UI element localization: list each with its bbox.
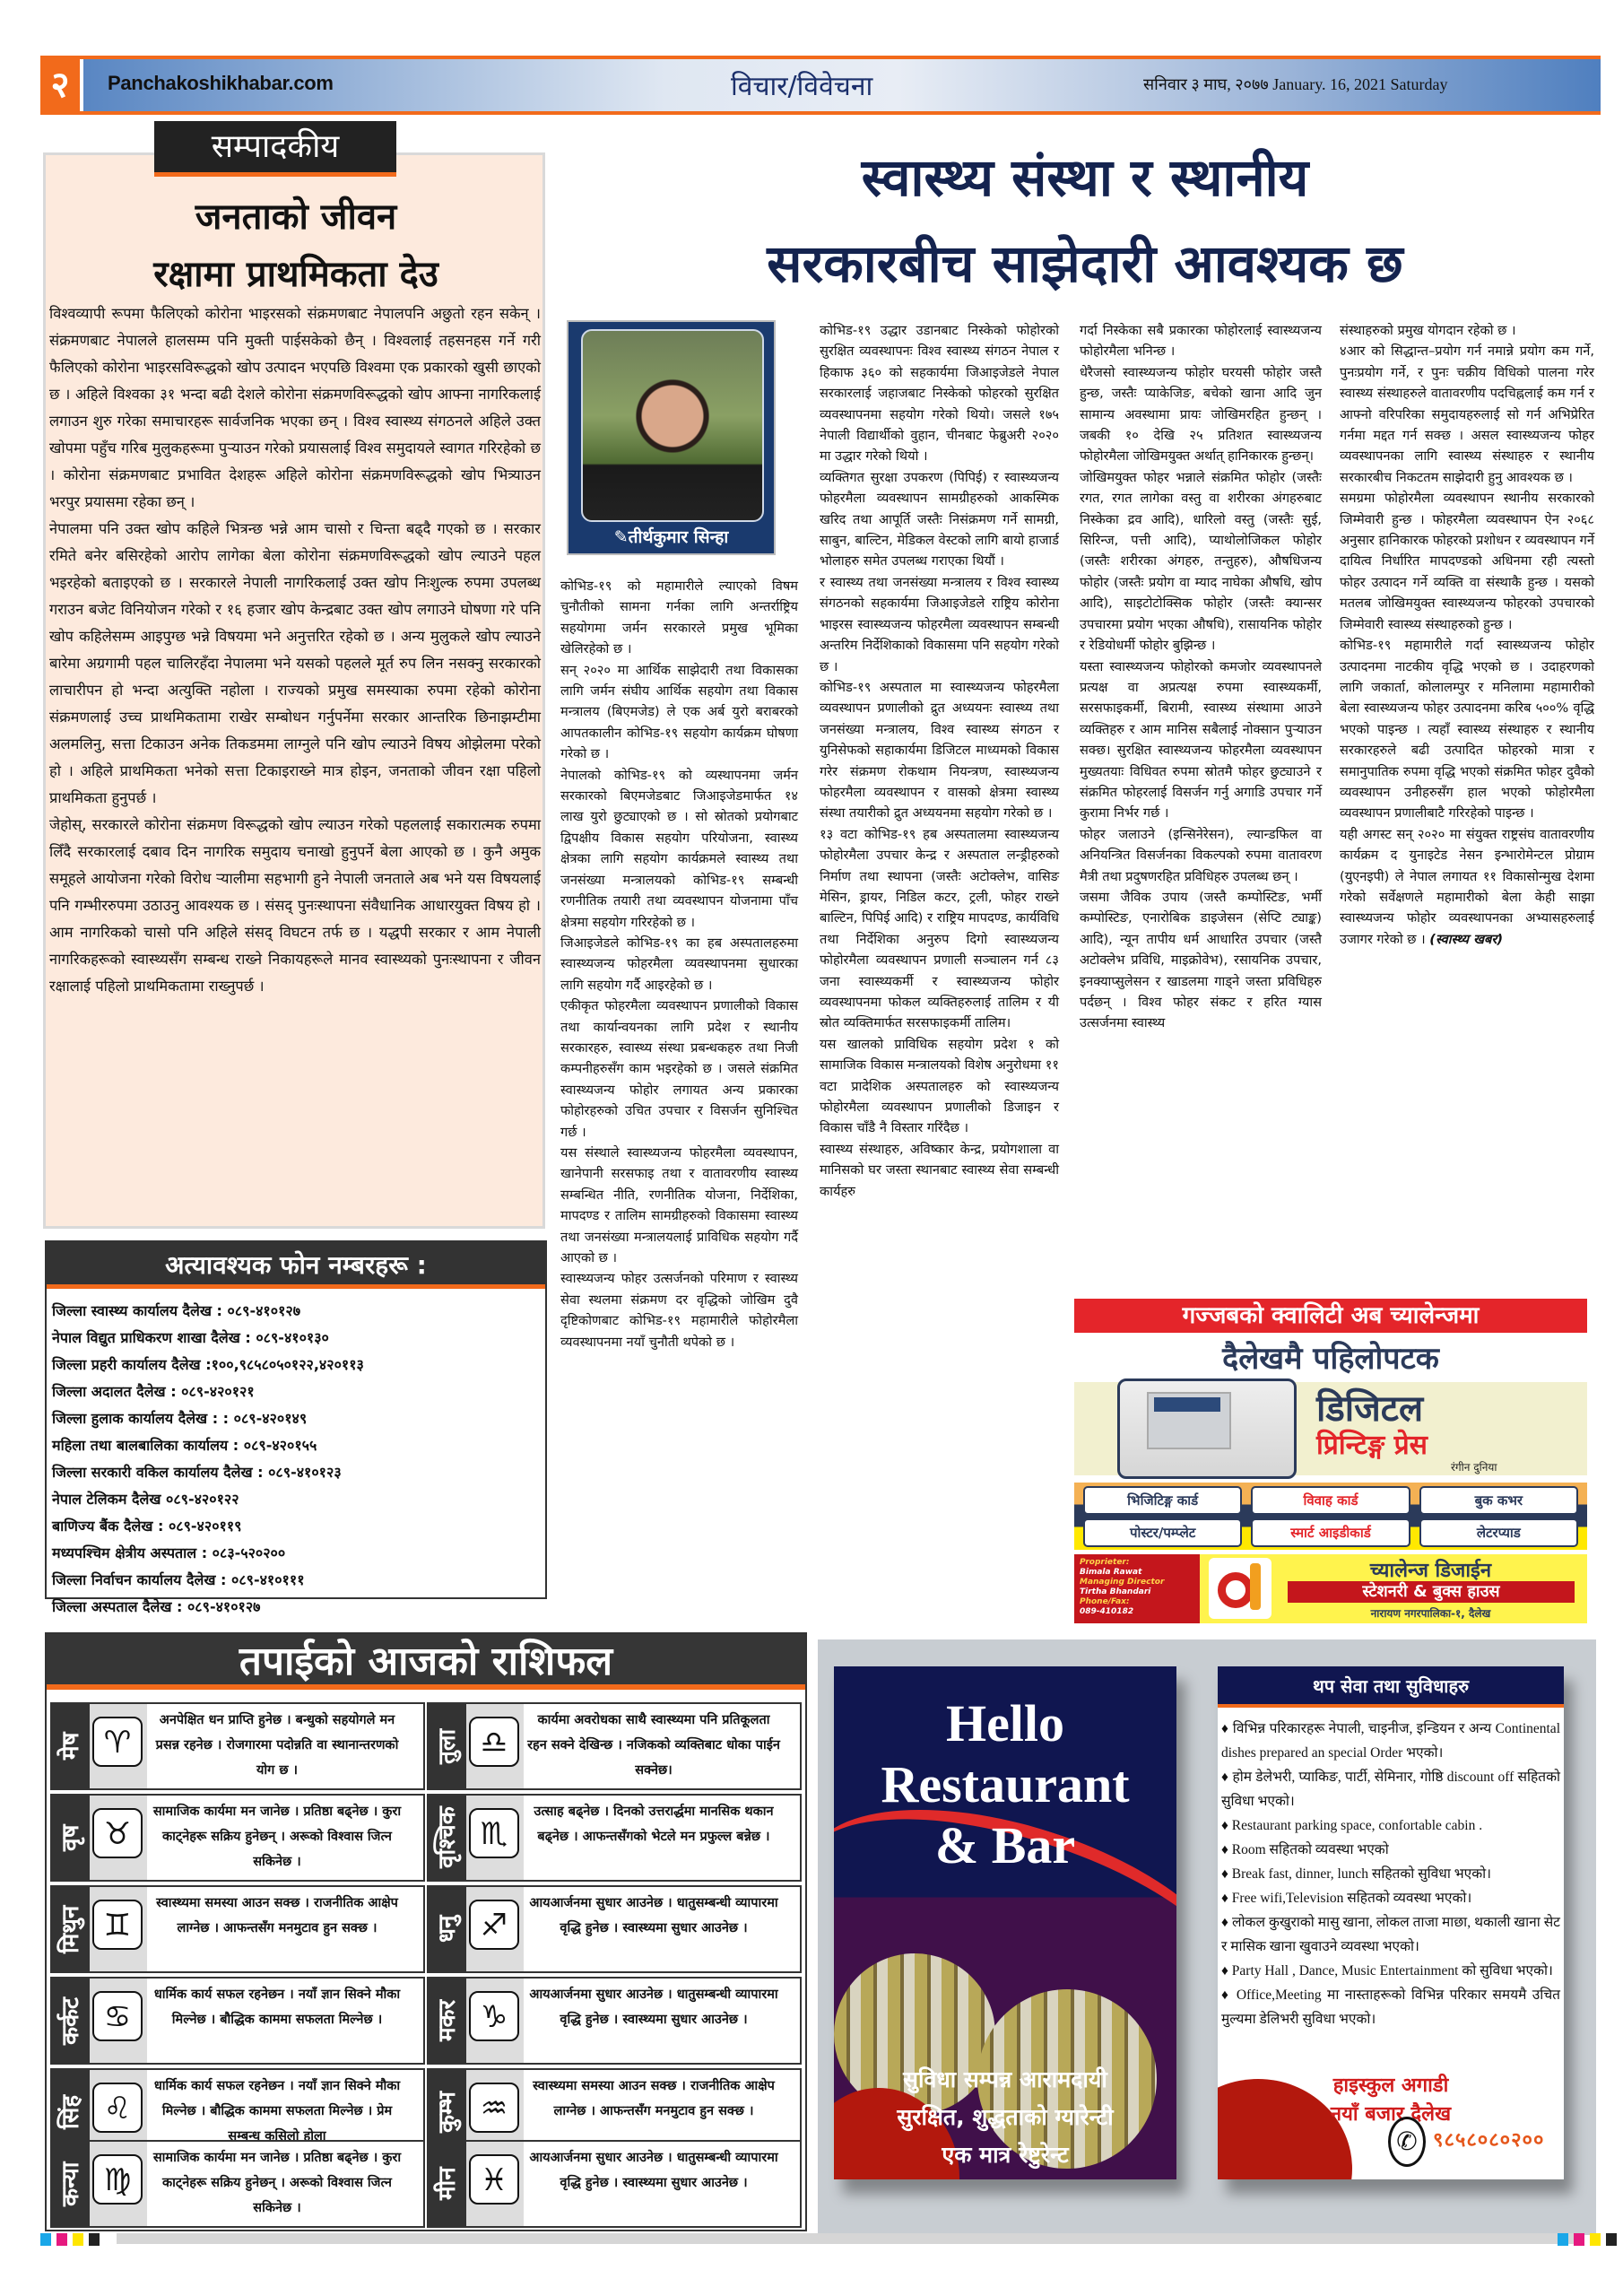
leo-icon: ♌ bbox=[92, 2083, 143, 2133]
ad-contact-panel: Proprieter: Bimala Rawat Managing Direct… bbox=[1074, 1554, 1200, 1623]
gray-bar bbox=[117, 2233, 1583, 2244]
phone-item: जिल्ला हुलाक कार्यालय दैलेख : : ०८९-४२०१… bbox=[52, 1405, 536, 1432]
restaurant-phone[interactable]: ९८५८०८०२०० bbox=[1433, 2126, 1544, 2152]
ad-digital-label: डिजिटल bbox=[1316, 1382, 1423, 1431]
service-item: ♦ लोकल कुखुराको मासु खाना, लोकल ताजा माछ… bbox=[1221, 1910, 1560, 1959]
ad-top-banner: गज्जबको क्वालिटी अब च्यालेन्जमा bbox=[1074, 1299, 1587, 1333]
emergency-phone-box: अत्यावश्यक फोन नम्बरहरू : जिल्ला स्वास्थ… bbox=[45, 1240, 547, 1599]
author-card: ✎तीर्थकुमार सिन्हा bbox=[567, 320, 776, 555]
ad-service: स्मार्ट आइडीकार्ड bbox=[1251, 1518, 1410, 1547]
service-item: ♦ होम डेलेभरी, प्याकिङ, पार्टी, सेमिनार,… bbox=[1221, 1765, 1560, 1813]
pen-icon: ✎ bbox=[614, 527, 629, 547]
virgo-icon: ♍ bbox=[92, 2154, 143, 2205]
restaurant-name: Hello Restaurant & Bar bbox=[834, 1693, 1176, 1876]
ad-service: पोस्टर/पम्प्लेट bbox=[1083, 1518, 1242, 1547]
restaurant-tagline: सुविधा सम्पन्न आरामदायी सुरक्षित, शुद्धत… bbox=[834, 2061, 1176, 2174]
ad-service: लेटरप्याड bbox=[1419, 1518, 1578, 1547]
restaurant-services-panel: थप सेवा तथा सुविधाहरु ♦ विभिन्न परिकारहर… bbox=[1218, 1666, 1564, 2179]
service-item: ♦ विभिन्न परिकारहरू नेपाली, चाइनीज, इन्ड… bbox=[1221, 1717, 1560, 1765]
ad-press-label: प्रिन्टिङ्ग प्रेस bbox=[1316, 1425, 1428, 1462]
service-item: ♦ Party Hall , Dance, Music Entertainmen… bbox=[1221, 1959, 1560, 1983]
restaurant-address: हाइस्कुल अगाडी नयाँ बजार दैलेख bbox=[1218, 2072, 1564, 2129]
capricorn-icon: ♑ bbox=[469, 1991, 519, 2041]
article-headline: स्वास्थ्य संस्था र स्थानीय सरकारबीच साझे… bbox=[574, 135, 1596, 307]
ad-service: बुक कभर bbox=[1419, 1486, 1578, 1515]
ad-tagline: रंगीन दुनिया bbox=[1451, 1459, 1497, 1474]
black-swatch bbox=[89, 2233, 100, 2246]
editorial-body: विश्वव्यापी रूपमा फैलिएको कोरोना भाइरसको… bbox=[49, 300, 541, 1000]
article-column-1: कोभिड-१९ को महामारीले ल्याएको विषम चुनौत… bbox=[560, 576, 798, 1352]
restaurant-poster: Hello Restaurant & Bar सुविधा सम्पन्न आर… bbox=[834, 1666, 1176, 2179]
service-item: ♦ Room सहितको व्यवस्था भएको bbox=[1221, 1838, 1560, 1862]
phone-item: जिल्ला स्वास्थ्य कार्यालय दैलेख : ०८९-४१… bbox=[52, 1298, 536, 1325]
scorpio-icon: ♏ bbox=[469, 1808, 519, 1858]
ad-service: भिजिटिङ्ग कार्ड bbox=[1083, 1486, 1242, 1515]
article-column-3: गर्दा निस्केका सबै प्रकारका फोहोरलाई स्व… bbox=[1080, 320, 1322, 1034]
service-item: ♦ Break fast, dinner, lunch सहितको सुविध… bbox=[1221, 1862, 1560, 1886]
libra-icon: ♎ bbox=[469, 1717, 519, 1767]
horoscope-sign-gemini: मिथुन ♊ स्वास्थ्यमा समस्या आउन सक्छ । रा… bbox=[50, 1885, 425, 1973]
phone-item: जिल्ला प्रहरी कार्यालय दैलेख :१००,९८५८०५… bbox=[52, 1352, 536, 1378]
ad-service: विवाह कार्ड bbox=[1251, 1486, 1410, 1515]
article-credit: (स्वास्थ्य खबर) bbox=[1429, 932, 1503, 947]
printing-press-ad[interactable]: गज्जबको क्वालिटी अब च्यालेन्जमा दैलेखमै … bbox=[1074, 1299, 1587, 1623]
horoscope-sign-aries: मेष ♈ अनपेक्षित धन प्राप्ति हुनेछ । बन्ध… bbox=[50, 1702, 425, 1790]
editorial-label: सम्पादकीय bbox=[154, 121, 396, 177]
article-headline-line1: स्वास्थ्य संस्था र स्थानीय bbox=[574, 135, 1596, 221]
phone-item: जिल्ला अदालत दैलेख : ०८९-४२०१२१ bbox=[52, 1378, 536, 1405]
ad-headline: दैलेखमै पहिलोपटक bbox=[1074, 1336, 1587, 1378]
yellow-swatch bbox=[1590, 2233, 1601, 2246]
yellow-swatch bbox=[73, 2233, 83, 2246]
pisces-icon: ♓ bbox=[469, 2154, 519, 2205]
gemini-icon: ♊ bbox=[92, 1900, 143, 1950]
editorial-title-line1: जनताको जीवन bbox=[54, 188, 538, 246]
phone-item: महिला तथा बालबालिका कार्यालय : ०८९-४२०१५… bbox=[52, 1432, 536, 1459]
horoscope-sign-scorpio: वृश्चिक ♏ उत्साह बढ्नेछ । दिनको उत्तरार्… bbox=[427, 1794, 802, 1882]
horoscope-sign-taurus: वृष ♉ सामाजिक कार्यमा मन जानेछ । प्रतिष्… bbox=[50, 1794, 425, 1882]
phone-item: जिल्ला निर्वाचन कार्यालय दैलेख : ०८९-४१०… bbox=[52, 1567, 536, 1594]
horoscope-sign-libra: तुला ♎ कार्यमा अवरोधका साथै स्वास्थ्यमा … bbox=[427, 1702, 802, 1790]
service-item: ♦ Free wifi,Television सहितको व्यवस्था भ… bbox=[1221, 1886, 1560, 1910]
editorial-title-line2: रक्षामा प्राथमिकता देउ bbox=[54, 246, 538, 303]
issue-date: सनिवार ३ माघ, २०७७ January. 16, 2021 Sat… bbox=[1143, 74, 1448, 95]
magenta-swatch bbox=[56, 2233, 67, 2246]
horoscope-sign-sagittarius: धनु ♐ आयआर्जनमा सुधार आउनेछ । धातुसम्बन्… bbox=[427, 1885, 802, 1973]
author-name: ✎तीर्थकुमार सिन्हा bbox=[568, 525, 774, 548]
ad-services-grid: भिजिटिङ्ग कार्ड विवाह कार्ड बुक कभर पोस्… bbox=[1074, 1483, 1587, 1550]
aries-icon: ♈ bbox=[92, 1717, 143, 1767]
horoscope-box: तपाईको आजको राशिफल मेष ♈ अनपेक्षित धन प्… bbox=[45, 1632, 807, 2231]
service-item: ♦ Restaurant parking space, confortable … bbox=[1221, 1813, 1560, 1838]
phone-item: जिल्ला अस्पताल दैलेख : ०८९-४१०१२७ bbox=[52, 1594, 536, 1621]
phone-box-title: अत्यावश्यक फोन नम्बरहरू : bbox=[47, 1242, 545, 1289]
ad-middle-panel: डिजिटल प्रिन्टिङ्ग प्रेस रंगीन दुनिया bbox=[1074, 1382, 1587, 1475]
editorial-title: जनताको जीवन रक्षामा प्राथमिकता देउ bbox=[54, 188, 538, 303]
editorial-paragraph: जेहोस्, सरकारले कोरोना संक्रमण विरूद्धको… bbox=[49, 812, 541, 1000]
phone-icon: ✆ bbox=[1388, 2117, 1426, 2167]
article-column-2: कोभिड-१९ उद्धार उडानबाट निस्केको फोहोरको… bbox=[820, 320, 1059, 1202]
sagittarius-icon: ♐ bbox=[469, 1900, 519, 1950]
author-photo bbox=[581, 329, 764, 522]
restaurant-ad[interactable]: Hello Restaurant & Bar सुविधा सम्पन्न आर… bbox=[818, 1639, 1596, 2235]
article-column-4: संस्थाहरुको प्रमुख योगदान रहेको छ । ४आर … bbox=[1340, 320, 1594, 950]
magenta-swatch bbox=[1574, 2233, 1584, 2246]
phone-item: बाणिज्य बैंक दैलेख : ०८९-४२०११९ bbox=[52, 1513, 536, 1540]
article-column-4-text: संस्थाहरुको प्रमुख योगदान रहेको छ । ४आर … bbox=[1340, 323, 1594, 947]
black-swatch bbox=[1606, 2233, 1617, 2246]
article-headline-line2: सरकारबीच साझेदारी आवश्यक छ bbox=[574, 221, 1596, 307]
company-logo-icon bbox=[1209, 1558, 1271, 1619]
company-name: च्यालेन्ज डिजाईन bbox=[1280, 1556, 1581, 1583]
horoscope-sign-cancer: कर्कट ♋ धार्मिक कार्य सफल रहनेछन । नयाँ … bbox=[50, 1977, 425, 2065]
phone-list: जिल्ला स्वास्थ्य कार्यालय दैलेख : ०८९-४१… bbox=[52, 1298, 536, 1621]
cyan-swatch bbox=[40, 2233, 51, 2246]
editorial-paragraph: विश्वव्यापी रूपमा फैलिएको कोरोना भाइरसको… bbox=[49, 300, 541, 516]
aquarius-icon: ♒ bbox=[469, 2083, 519, 2133]
phone-item: जिल्ला सरकारी वकिल कार्यालय दैलेख : ०८९-… bbox=[52, 1459, 536, 1486]
service-item: ♦ Office,Meeting मा नास्ताहरूको विभिन्न … bbox=[1221, 1983, 1560, 2031]
taurus-icon: ♉ bbox=[92, 1808, 143, 1858]
printer-icon bbox=[1117, 1378, 1297, 1479]
print-color-bar bbox=[40, 2233, 1619, 2248]
horoscope-sign-capricorn: मकर ♑ आयआर्जनमा सुधार आउनेछ । धातुसम्बन्… bbox=[427, 1977, 802, 2065]
phone-item: नेपाल टेलिकम दैलेख ०८९-४२०१२२ bbox=[52, 1486, 536, 1513]
horoscope-sign-virgo: कन्या ♍ सामाजिक कार्यमा मन जानेछ । प्रति… bbox=[50, 2140, 425, 2228]
horoscope-sign-pisces: मीन ♓ आयआर्जनमा सुधार आउनेछ । धातुसम्बन्… bbox=[427, 2140, 802, 2228]
cancer-icon: ♋ bbox=[92, 1991, 143, 2041]
phone-item: नेपाल विद्युत प्राधिकरण शाखा दैलेख : ०८९… bbox=[52, 1325, 536, 1352]
company-subtitle: स्टेशनरी & बुक्स हाउस bbox=[1288, 1581, 1575, 1603]
services-title: थप सेवा तथा सुविधाहरु bbox=[1218, 1666, 1564, 1708]
site-name[interactable]: Panchakoshikhabar.com bbox=[108, 72, 334, 95]
cyan-swatch bbox=[1558, 2233, 1568, 2246]
editorial-paragraph: नेपालमा पनि उक्त खोप कहिले भित्रन्छ भन्न… bbox=[49, 516, 541, 812]
company-address: नारायण नगरपालिका-१, दैलेख bbox=[1280, 1605, 1581, 1621]
horoscope-title: तपाईको आजको राशिफल bbox=[47, 1634, 805, 1690]
page-number: २ bbox=[40, 59, 83, 111]
section-title: विचार/विवेचना bbox=[731, 66, 872, 103]
services-list: ♦ विभिन्न परिकारहरू नेपाली, चाइनीज, इन्ड… bbox=[1221, 1717, 1560, 2031]
page-header: २ Panchakoshikhabar.com विचार/विवेचना सन… bbox=[40, 56, 1601, 115]
ad-footer: Proprieter: Bimala Rawat Managing Direct… bbox=[1074, 1554, 1587, 1623]
phone-item: मध्यपश्चिम क्षेत्रीय अस्पताल : ०८३-५२०२०… bbox=[52, 1540, 536, 1567]
